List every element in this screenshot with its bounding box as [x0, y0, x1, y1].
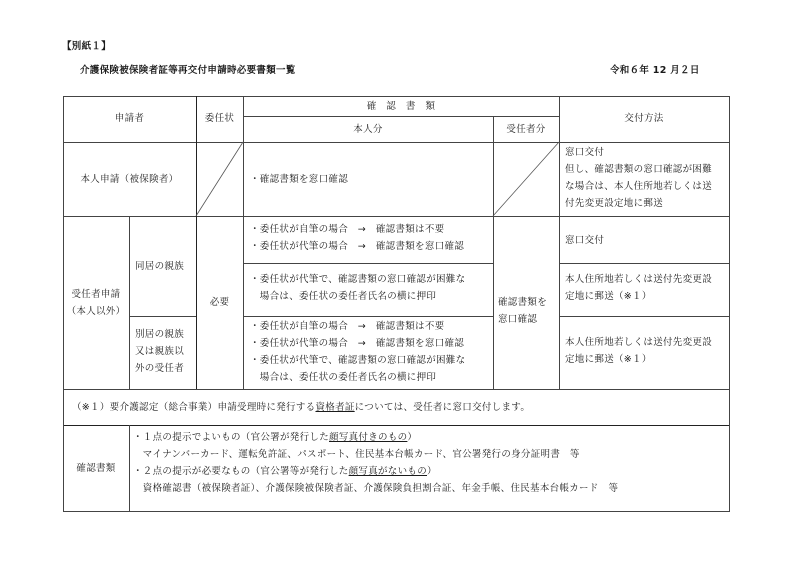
- header-divider: [243, 116, 559, 117]
- self-application-delivery: 窓口交付 但し、確認書類の窓口確認が困難 な場合は、本人住所地若しくは送 付先変…: [565, 144, 712, 212]
- one-item-heading: ・１点の提示でよいもの（官公署が発行した顔写真付きのもの）: [133, 429, 618, 446]
- col-divider: [129, 216, 130, 389]
- not-applicable-slash: [493, 142, 559, 216]
- table-border-bottom: [63, 511, 729, 512]
- non-cohabiting-delivery: 本人住所地若しくは送付先変更設 定地に郵送（※１）: [565, 334, 712, 368]
- self-application-label: 本人申請（被保険者）: [63, 171, 196, 188]
- col-header-power-of-attorney: 委任状: [196, 110, 243, 127]
- proxy-docs: 確認書類を 窓口確認: [498, 294, 547, 328]
- col-header-confirmation-docs: 確 認 書 類: [243, 98, 559, 115]
- non-cohabiting-label: 別居の親族 又は親族以 外の受任者: [135, 326, 184, 377]
- row-divider: [63, 216, 729, 217]
- row-divider: [63, 425, 729, 426]
- non-cohabiting-cases: ・委任状が自筆の場合 → 確認書類は不要 ・委任状が代筆の場合 → 確認書類を窓…: [250, 318, 465, 386]
- document-date: 令和６年 12 月２日: [610, 62, 700, 79]
- row-divider: [559, 316, 729, 317]
- confirmation-docs-list: ・１点の提示でよいもの（官公署が発行した顔写真付きのもの） マイナンバーカード、…: [133, 429, 618, 497]
- attachment-label: 【別紙１】: [62, 38, 111, 55]
- confirmation-docs-label: 確認書類: [63, 460, 129, 477]
- footnote: （※１）要介護認定（総合事業）申請受理時に発行する資格者証については、受任者に窓…: [72, 399, 530, 416]
- row-divider: [559, 263, 729, 264]
- row-divider: [243, 263, 493, 264]
- col-header-proxy-portion: 受任者分: [493, 121, 559, 138]
- self-application-self-docs: ・確認書類を窓口確認: [250, 171, 348, 188]
- two-items-heading: ・２点の提示が必要なもの（官公署等が発行した顔写真がないもの）: [133, 463, 618, 480]
- col-divider: [129, 425, 130, 511]
- power-of-attorney-required: 必要: [196, 294, 243, 311]
- cohabiting-relative-label: 同居の親族: [135, 258, 184, 275]
- col-divider: [559, 96, 560, 389]
- document-title: 介護保険被保険者証等再交付申請時必要書類一覧: [80, 62, 296, 79]
- row-divider: [129, 316, 196, 317]
- col-divider: [196, 96, 197, 389]
- two-items-examples: 資格確認書（被保険者証）、介護保険被保険者証、介護保険負担割合証、年金手帳、住民…: [133, 480, 618, 497]
- col-header-delivery-method: 交付方法: [559, 110, 729, 127]
- cohabiting-case-2-delivery: 本人住所地若しくは送付先変更設 定地に郵送（※１）: [565, 271, 712, 305]
- one-item-examples: マイナンバーカード、運転免許証、パスポート、住民基本台帳カード、官公署発行の身分…: [133, 446, 618, 463]
- proxy-application-label: 受任者申請 （本人以外）: [63, 286, 129, 320]
- not-applicable-slash: [196, 142, 243, 216]
- col-header-applicant: 申請者: [63, 110, 196, 127]
- cohabiting-case-1: ・委任状が自筆の場合 → 確認書類は不要 ・委任状が代筆の場合 → 確認書類を窓…: [250, 221, 464, 255]
- col-divider: [243, 96, 244, 389]
- table-border-right: [729, 96, 730, 512]
- row-divider: [243, 316, 493, 317]
- footnote-underlined-term: 資格者証: [315, 402, 354, 413]
- col-header-self-portion: 本人分: [243, 121, 493, 138]
- table-border-top: [63, 96, 729, 97]
- cohabiting-case-2: ・委任状が代筆で、確認書類の窓口確認が困難な 場合は、委任状の委任者氏名の横に押…: [250, 271, 465, 305]
- row-divider: [63, 142, 729, 143]
- cohabiting-case-1-delivery: 窓口交付: [565, 232, 604, 249]
- row-divider: [63, 389, 729, 390]
